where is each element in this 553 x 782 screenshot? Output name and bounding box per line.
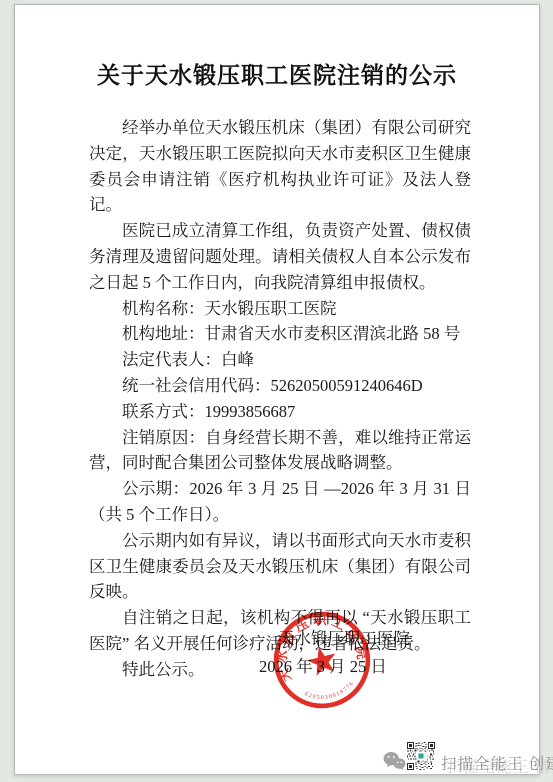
- scanner-credit-ghost: 扫描全能王 创建: [447, 755, 553, 777]
- info-contact: 联系方式：19993856687: [89, 399, 471, 425]
- paragraph-objection: 公示期内如有异议，请以书面形式向天水市麦积区卫生健康委员会及天水锻压机床（集团）…: [89, 528, 471, 605]
- paragraph-reason: 注销原因：自身经营长期不善，难以维持正常运营，同时配合集团公司整体发展战略调整。: [89, 425, 471, 477]
- qr-code: [407, 742, 435, 770]
- page-title: 关于天水锻压职工医院注销的公示: [15, 57, 539, 90]
- wechat-icon: [383, 751, 406, 770]
- paragraph-liquidation: 医院已成立清算工作组，负责资产处置、债权债务清理及遗留问题处理。请相关债权人自本…: [89, 218, 471, 295]
- info-org-address: 机构地址：甘肃省天水市麦积区渭滨北路 58 号: [89, 321, 471, 347]
- scanner-credit: 扫描全能王 创建: [441, 752, 553, 774]
- paragraph-intro: 经举办单位天水锻压机床（集团）有限公司研究决定，天水锻压职工医院拟向天水市麦积区…: [89, 115, 471, 218]
- info-legal-representative: 法定代表人：白峰: [89, 347, 471, 373]
- document-body: 经举办单位天水锻压机床（集团）有限公司研究决定，天水锻压职工医院拟向天水市麦积区…: [89, 115, 471, 683]
- info-credit-code: 统一社会信用代码：52620500591240646D: [89, 373, 471, 399]
- info-org-name: 机构名称：天水锻压职工医院: [89, 296, 471, 322]
- notice-document: 关于天水锻压职工医院注销的公示 经举办单位天水锻压机床（集团）有限公司研究决定，…: [14, 4, 540, 775]
- qr-center-logo: [419, 754, 424, 759]
- seal-star-icon: [305, 643, 340, 677]
- paragraph-notice-period: 公示期：2026 年 3 月 25 日 —2026 年 3 月 31 日（共 5…: [89, 476, 471, 528]
- scanned-page-background: 关于天水锻压职工医院注销的公示 经举办单位天水锻压机床（集团）有限公司研究决定，…: [0, 0, 553, 782]
